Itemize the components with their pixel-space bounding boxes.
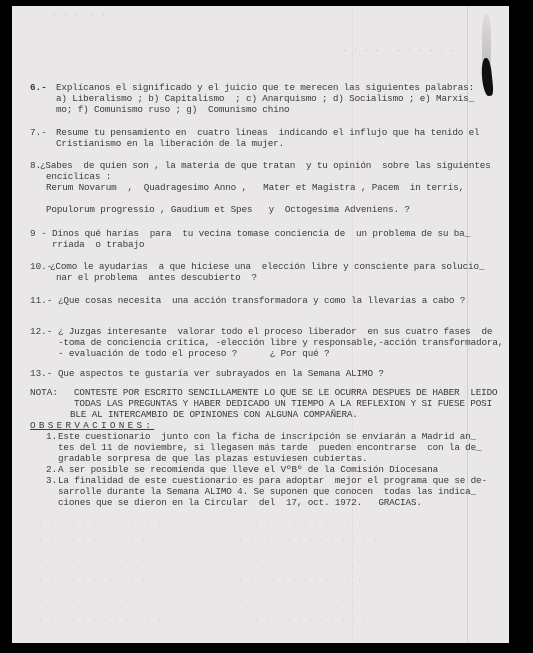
nota-label: NOTA:	[30, 387, 58, 398]
question-6-line-1: Explícanos el significado y el juicio qu…	[56, 82, 474, 93]
question-13-line-1: Que aspectos te gustaría ver subrayados …	[58, 368, 384, 379]
question-8-line-2: encíclicas :	[46, 171, 111, 182]
question-7-line-1: Resume tu pensamiento en cuatro lineas i…	[56, 127, 479, 138]
question-10-number: 10.-	[30, 261, 52, 272]
question-12-line-3: - evaluación de todo el proceso ? ¿ Por …	[58, 348, 329, 359]
nota-line-3: BLE AL INTERCAMBIO DE OPINIONES CON ALGU…	[70, 409, 358, 420]
question-10-line-1: ¿Como le ayudarías a que hiciese una ele…	[50, 261, 484, 272]
bleed-through-text: · · · · · · · · · · · · · · · · · · · · …	[38, 576, 362, 586]
question-8-line-5: Populorum progressio , Gaudium et Spes y…	[46, 204, 410, 215]
question-12-line-2: -toma de conciencia crítica, -elección l…	[58, 337, 503, 348]
question-9-line-1: Dinos qué harías para tu vecina tomase c…	[52, 228, 470, 239]
bleed-through-text: · · · · · · · · · · · · · · · · · · · · …	[38, 596, 357, 606]
observacion-1-number: 1.	[46, 431, 57, 442]
question-12-number: 12.-	[30, 326, 52, 337]
bleed-through-text: · · · · ·	[52, 10, 106, 20]
nota-line-2: TODAS LAS PREGUNTAS Y HABER DEDICADO UN …	[74, 398, 492, 409]
bleed-through-text: · · · · · · · · · · · · · · · · · · · · …	[38, 556, 373, 566]
question-6-line-2: a) Liberalismo ; b) Capitalismo ; c) Ana…	[56, 93, 474, 104]
question-6-line-3: mo; f) Comunismo ruso ; g) Comunismo chi…	[56, 104, 289, 115]
scanned-page: · · · · · · · · · · · · · · · 6.- Explíc…	[12, 6, 509, 643]
observacion-2-number: 2.	[46, 464, 57, 475]
question-12-line-1: ¿ Juzgas interesante valorar todo el pro…	[58, 326, 492, 337]
bleed-through-text: · · · · · · · · · · · · · · · · · · · · …	[38, 616, 367, 626]
observaciones-heading: OBSERVACIONES:	[30, 420, 154, 431]
question-8-line-1: ¿Sabes de quien son , la materia de que …	[40, 160, 491, 171]
question-10-line-2: nar el problema antes descubierto ?	[56, 272, 257, 283]
bleed-through-text: · · · · · · · · · · · · · · · · · · · · …	[38, 536, 378, 546]
question-9-line-2: rriada o trabajo	[52, 239, 144, 250]
observacion-1-line-2: tes del 11 de noviembre, si llegasen más…	[58, 442, 481, 453]
observacion-3-number: 3.	[46, 475, 57, 486]
question-8-line-3: Rerum Novarum , Quadragesimo Anno , Mate…	[46, 182, 464, 193]
observacion-3-line-3: ciones que se dieron en la Circular del …	[58, 497, 422, 508]
question-7-line-2: Cristianismo en la liberación de la muje…	[56, 138, 284, 149]
question-7-number: 7.-	[30, 127, 47, 138]
observacion-1-line-3: gradable sorpresa de que las plazas estu…	[58, 453, 367, 464]
question-11-line-1: ¿Que cosas necesita una acción transform…	[58, 295, 465, 306]
question-13-number: 13.-	[30, 368, 52, 379]
question-9-number: 9 -	[30, 228, 47, 239]
observacion-1-line-1: Este cuestionario junto con la ficha de …	[58, 431, 476, 442]
bleed-through-text: · · · · · · · · · ·	[342, 46, 455, 56]
observacion-3-line-2: sarrolle durante la Semana ALIMO 4. Se s…	[58, 486, 476, 497]
bleed-through-text: · · · · · · · · · · · · · · · · · · · · …	[38, 521, 384, 531]
ink-smudge	[480, 58, 494, 97]
question-6-number: 6.-	[30, 82, 47, 93]
observacion-3-line-1: La finalidad de este cuestionario es par…	[58, 475, 487, 486]
nota-line-1: CONTESTE POR ESCRITO SENCILLAMENTE LO QU…	[74, 387, 497, 398]
question-11-number: 11.-	[30, 295, 52, 306]
observacion-2-line-1: A ser posible se recomienda que lleve el…	[58, 464, 438, 475]
